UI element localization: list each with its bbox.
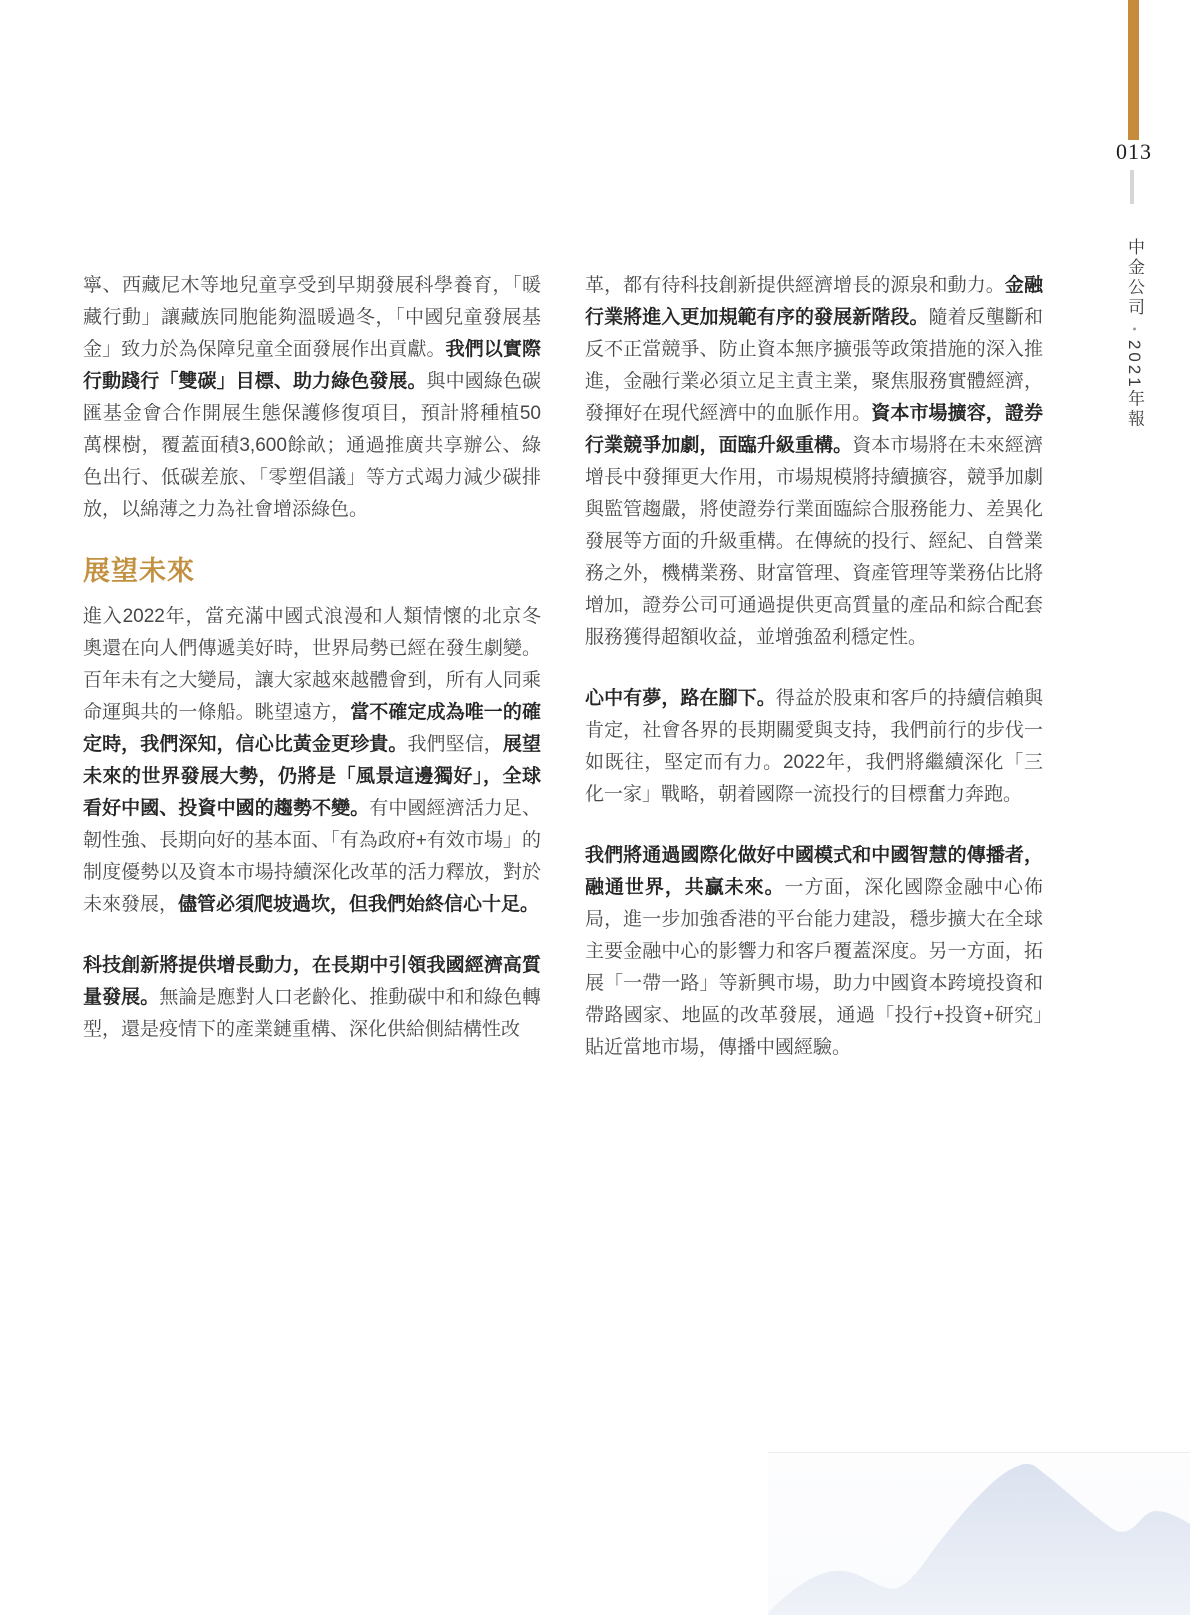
body-paragraph: 心中有夢，路在腳下。得益於股東和客戶的持續信賴與肯定，社會各界的長期關愛與支持，…: [585, 683, 1043, 811]
body-paragraph: 進入2022年，當充滿中國式浪漫和人類情懷的北京冬奧還在向人們傳遞美好時，世界局…: [83, 601, 541, 921]
right-text-column: 革，都有待科技創新提供經濟增長的源泉和動力。金融行業將進入更加規範有序的發展新階…: [585, 270, 1043, 1064]
body-text: 與中國綠色碳匯基金會合作開展生態保護修復項目，預計將種植50萬棵樹，覆蓋面積3,…: [83, 371, 541, 520]
accent-bar: [1128, 0, 1139, 140]
body-text: 革，都有待科技創新提供經濟增長的源泉和動力。: [585, 275, 1005, 296]
page-number-tick: [1130, 170, 1134, 204]
body-text: 資本市場將在未來經濟增長中發揮更大作用，市場規模將持續擴容，競爭加劇與監管趨嚴，…: [585, 435, 1043, 648]
left-text-column: 寧、西藏尼木等地兒童享受到早期發展科學養育，「暖藏行動」讓藏族同胞能夠溫暖過冬，…: [83, 270, 541, 1046]
emphasis-text: 儘管必須爬坡過坎，但我們始終信心十足。: [178, 894, 539, 915]
page-number: 013: [1104, 140, 1164, 164]
body-paragraph: 科技創新將提供增長動力，在長期中引領我國經濟高質量發展。無論是應對人口老齡化、推…: [83, 950, 541, 1046]
body-text: 一方面，深化國際金融中心佈局，進一步加強香港的平台能力建設，穩步擴大在全球主要金…: [585, 877, 1043, 1058]
mountain-graphic: [768, 1453, 1190, 1615]
body-paragraph: 我們將通過國際化做好中國模式和中國智慧的傳播者，融通世界，共贏未來。一方面，深化…: [585, 840, 1043, 1064]
sidebar-company-name: 中金公司: [1125, 238, 1144, 318]
sidebar-running-title: 中金公司•2021年報: [1122, 238, 1146, 638]
sidebar-separator-dot: •: [1122, 318, 1146, 340]
emphasis-text: 心中有夢，路在腳下。: [585, 688, 776, 709]
body-paragraph: 革，都有待科技創新提供經濟增長的源泉和動力。金融行業將進入更加規範有序的發展新階…: [585, 270, 1043, 654]
section-heading: 展望未來: [83, 554, 541, 588]
sidebar-report-year: 2021年報: [1125, 340, 1144, 430]
footer-decoration-band: [768, 1452, 1190, 1615]
body-paragraph: 寧、西藏尼木等地兒童享受到早期發展科學養育，「暖藏行動」讓藏族同胞能夠溫暖過冬，…: [83, 270, 541, 526]
body-text: 我們堅信，: [407, 734, 502, 755]
